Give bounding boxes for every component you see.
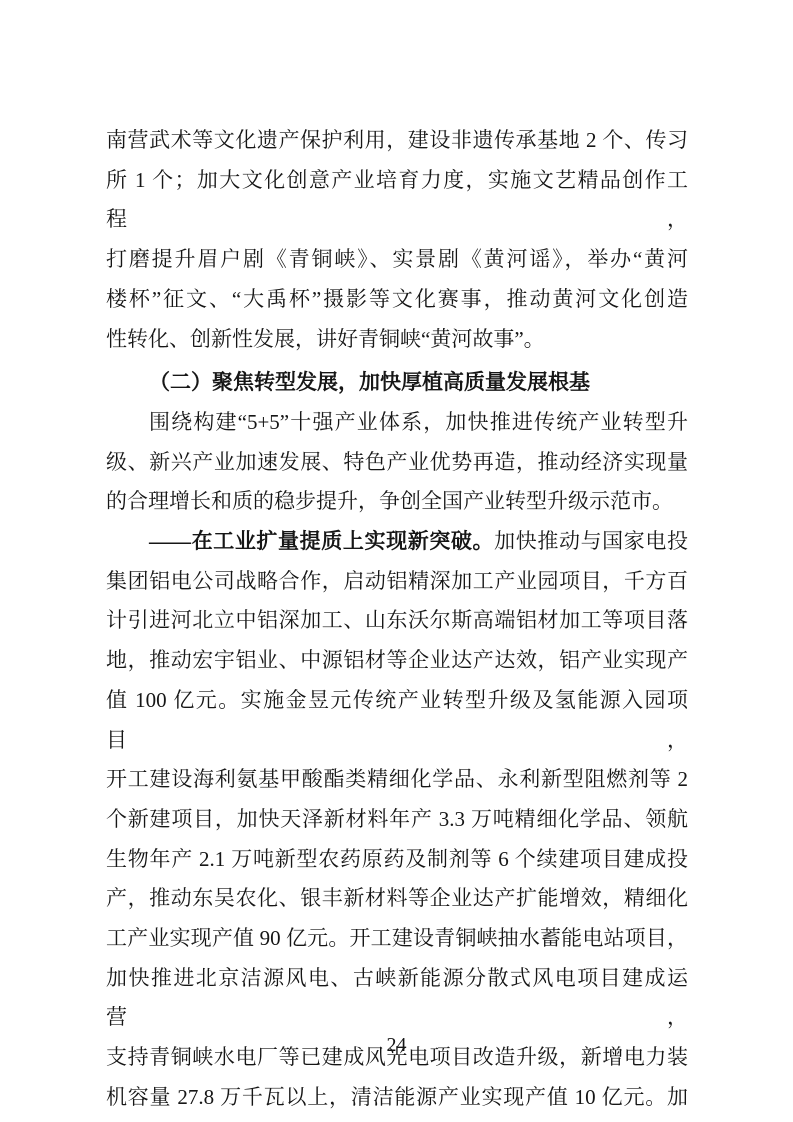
document-page: 南营武术等文化遗产保护利用，建设非遗传承基地 2 个、传习 所 1 个；加大文化…: [0, 0, 793, 1122]
body-line: 生物年产 2.1 万吨新型农药原药及制剂等 6 个续建项目建成投: [106, 840, 688, 880]
body-line: 值 100 亿元。实施金昱元传统产业转型升级及氢能源入园项目，: [106, 681, 688, 760]
body-line: 产，推动东吴农化、银丰新材料等企业达产扩能增效，精细化: [106, 879, 688, 919]
body-line: 地，推动宏宇铝业、中源铝材等企业达产达效，铝产业实现产: [106, 641, 688, 681]
subsection-lead-line: ——在工业扩量提质上实现新突破。加快推动与国家电投: [106, 522, 688, 562]
page-number: 24: [0, 1034, 793, 1057]
subsection-lead-bold: ——在工业扩量提质上实现新突破。: [149, 529, 494, 553]
document-body: 南营武术等文化遗产保护利用，建设非遗传承基地 2 个、传习 所 1 个；加大文化…: [106, 121, 688, 1118]
body-line: 围绕构建“5+5”十强产业体系，加快推进传统产业转型升: [106, 403, 688, 443]
body-line: 级、新兴产业加速发展、特色产业优势再造，推动经济实现量: [106, 443, 688, 483]
body-line: 计引进河北立中铝深加工、山东沃尔斯高端铝材加工等项目落: [106, 601, 688, 641]
body-line: 机容量 27.8 万千瓦以上，清洁能源产业实现产值 10 亿元。加: [106, 1078, 688, 1118]
body-line: 工产业实现产值 90 亿元。开工建设青铜峡抽水蓄能电站项目，: [106, 919, 688, 959]
body-line: 加快推进北京洁源风电、古峡新能源分散式风电项目建成运营，: [106, 959, 688, 1038]
subsection-lead-text: 加快推动与国家电投: [494, 529, 688, 553]
body-line: 的合理增长和质的稳步提升，争创全国产业转型升级示范市。: [106, 482, 688, 522]
body-line: 集团铝电公司战略合作，启动铝精深加工产业园项目，千方百: [106, 562, 688, 602]
body-line: 南营武术等文化遗产保护利用，建设非遗传承基地 2 个、传习: [106, 121, 688, 161]
body-line: 打磨提升眉户剧《青铜峡》、实景剧《黄河谣》，举办“黄河: [106, 240, 688, 280]
body-line: 个新建项目，加快天泽新材料年产 3.3 万吨精细化学品、领航: [106, 800, 688, 840]
body-line: 所 1 个；加大文化创意产业培育力度，实施文艺精品创作工程，: [106, 161, 688, 240]
section-heading: （二）聚焦转型发展，加快厚植高质量发展根基: [106, 363, 688, 403]
body-line: 楼杯”征文、“大禹杯”摄影等文化赛事，推动黄河文化创造: [106, 280, 688, 320]
body-line: 性转化、创新性发展，讲好青铜峡“黄河故事”。: [106, 320, 688, 360]
body-line: 开工建设海利氨基甲酸酯类精细化学品、永利新型阻燃剂等 2: [106, 760, 688, 800]
